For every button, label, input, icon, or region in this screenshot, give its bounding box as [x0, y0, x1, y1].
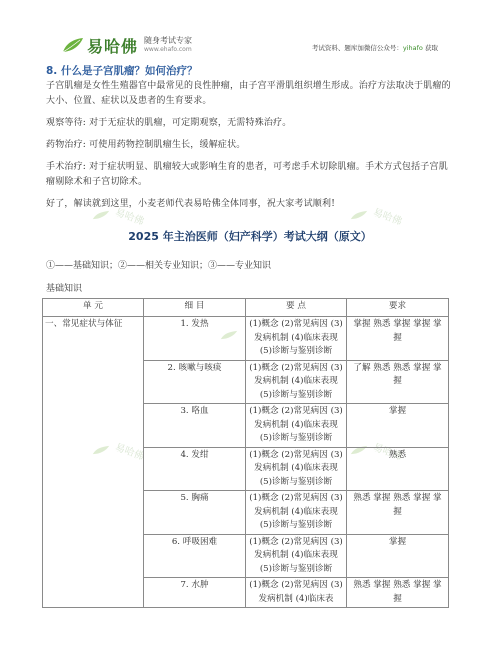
table-header-row: 单 元 细 目 要 点 要求: [43, 299, 449, 317]
logo-url: www.ehafo.com: [144, 45, 192, 54]
item-cell: 4. 发绀: [144, 447, 246, 491]
logo-name: 易哈佛: [87, 34, 138, 57]
header-requirement: 要求: [347, 299, 449, 317]
question-title: 8. 什么是子宫肌瘤？如何治疗？: [46, 64, 456, 79]
points-cell: (1)概念 (2)常见病因 (3)发病机制 (4)临床表现 (5)诊断与鉴别诊断: [246, 534, 347, 578]
leaf-logo-icon: [62, 37, 84, 53]
table-row: 一、常见症状与体征 1. 发热 (1)概念 (2)常见病因 (3)发病机制 (4…: [43, 317, 449, 361]
promo-prefix: 考试资料、题库加微信公众号：: [312, 44, 403, 52]
paragraph-intro: 子宫肌瘤是女性生殖器官中最常见的良性肿瘤，由子宫平滑肌组织增生形成。治疗方法取决…: [46, 79, 456, 109]
header-unit: 单 元: [43, 299, 144, 317]
header-item: 细 目: [144, 299, 246, 317]
requirement-cell: 掌握: [347, 404, 449, 448]
requirement-cell: 掌握 熟悉 掌握 掌握 掌握: [347, 317, 449, 361]
requirement-cell: 掌握: [347, 534, 449, 578]
requirement-cell: 了解 熟悉 熟悉 掌握 掌握: [347, 360, 449, 404]
item-cell: 7. 水肿: [144, 578, 246, 608]
header-promo: 考试资料、题库加微信公众号：yihafo 获取: [312, 43, 438, 52]
paragraph-closing: 好了，解读就到这里，小麦老师代表易哈佛全体同事，祝大家考试顺利!: [46, 197, 456, 212]
header-points: 要 点: [246, 299, 347, 317]
requirement-cell: 熟悉 掌握 熟悉 掌握 掌握: [347, 491, 449, 535]
points-cell: (1)概念 (2)常见病因 (3)发病机制 (4)临床表现 (5)诊断与鉴别诊断: [246, 360, 347, 404]
item-cell: 1. 发热: [144, 317, 246, 361]
item-cell: 5. 胸痛: [144, 491, 246, 535]
logo-slogan: 随身考试专家: [144, 36, 192, 45]
article: 8. 什么是子宫肌瘤？如何治疗？ 子宫肌瘤是女性生殖器官中最常见的良性肿瘤，由子…: [46, 64, 456, 219]
paragraph-observe: 观察等待: 对于无症状的肌瘤，可定期观察，无需特殊治疗。: [46, 116, 456, 131]
item-cell: 3. 咯血: [144, 404, 246, 448]
outline-title: 2025 年主治医师（妇产科学）考试大纲（原文）: [0, 228, 500, 244]
page-header: 易哈佛 随身考试专家 www.ehafo.com 考试资料、题库加微信公众号：y…: [0, 0, 500, 64]
promo-suffix: 获取: [423, 44, 438, 52]
section-label: 基础知识: [46, 281, 82, 294]
logo: 易哈佛 随身考试专家 www.ehafo.com: [62, 32, 192, 58]
paragraph-surgery: 手术治疗: 对于症状明显、肌瘤较大或影响生育的患者，可考虑手术切除肌瘤。手术方式…: [46, 160, 456, 190]
item-cell: 2. 咳嗽与咳痰: [144, 360, 246, 404]
points-cell: (1)概念 (2)常见病因 (3)发病机制 (4)临床表: [246, 578, 347, 608]
requirement-cell: 熟悉: [347, 447, 449, 491]
points-cell: (1)概念 (2)常见病因 (3)发病机制 (4)临床表现 (5)诊断与鉴别诊断: [246, 404, 347, 448]
outline-legend: ①——基础知识；②——相关专业知识；③——专业知识: [46, 258, 271, 271]
points-cell: (1)概念 (2)常见病因 (3)发病机制 (4)临床表现 (5)诊断与鉴别诊断: [246, 447, 347, 491]
promo-wechat-id: yihafo: [403, 44, 423, 52]
requirement-cell: 熟悉 掌握 熟悉 掌握 掌握: [347, 578, 449, 608]
outline-table: 单 元 细 目 要 点 要求 一、常见症状与体征 1. 发热 (1)概念 (2)…: [42, 298, 449, 608]
paragraph-drug: 药物治疗: 可使用药物控制肌瘤生长，缓解症状。: [46, 138, 456, 153]
points-cell: (1)概念 (2)常见病因 (3)发病机制 (4)临床表现 (5)诊断与鉴别诊断: [246, 317, 347, 361]
item-cell: 6. 呼吸困难: [144, 534, 246, 578]
logo-subtitle: 随身考试专家 www.ehafo.com: [144, 36, 192, 54]
unit-cell: 一、常见症状与体征: [43, 317, 144, 608]
points-cell: (1)概念 (2)常见病因 (3)发病机制 (4)临床表现 (5)诊断与鉴别诊断: [246, 491, 347, 535]
